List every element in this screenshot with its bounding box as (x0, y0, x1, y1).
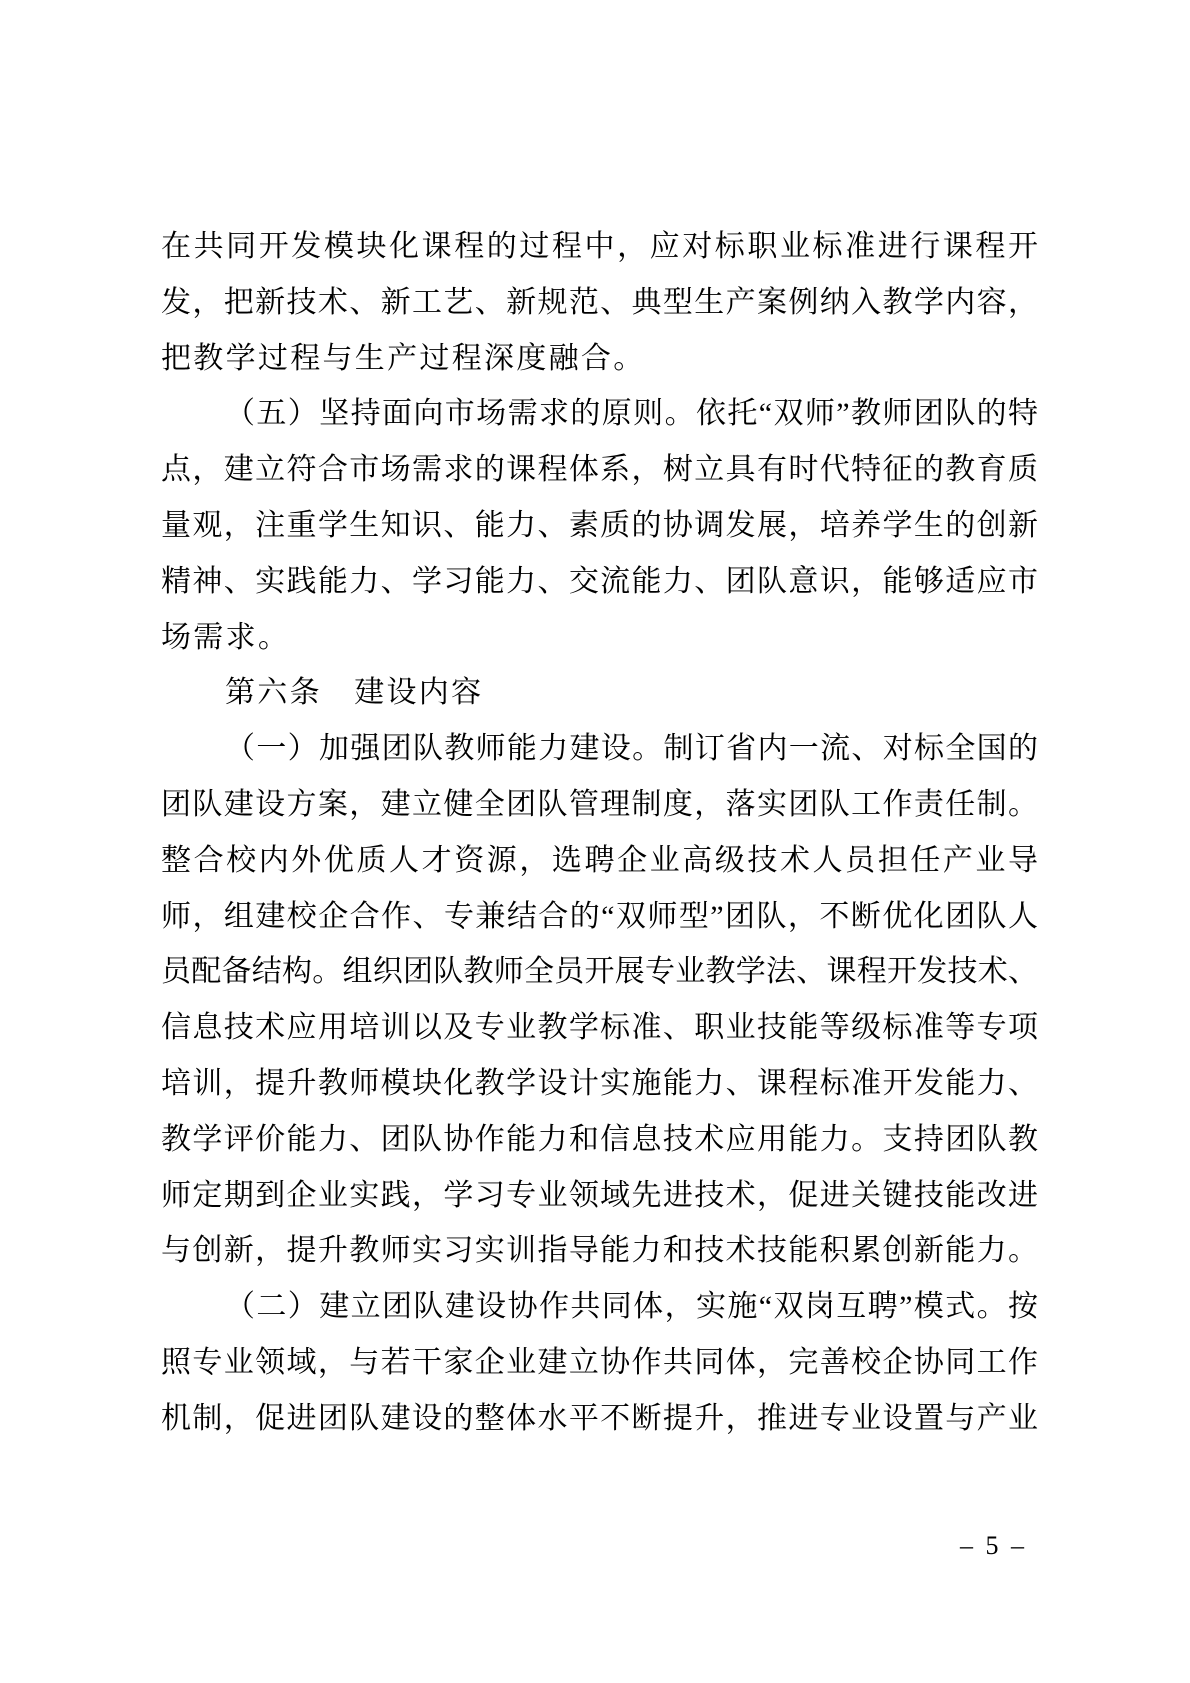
text-line-15: 信息技术应用培训以及专业教学标准、职业技能等级标准等专项 (161, 1000, 1038, 1056)
text-line-19: 与创新，提升教师实习实训指导能力和技术技能积累创新能力。 (161, 1223, 1038, 1279)
text-line-5: 点，建立符合市场需求的课程体系，树立具有时代特征的教育质 (161, 442, 1038, 498)
text-line-1: 在共同开发模块化课程的过程中，应对标职业标准进行课程开 (161, 219, 1038, 275)
text-line-10: （一）加强团队教师能力建设。制订省内一流、对标全国的 (161, 721, 1038, 777)
text-line-13: 师，组建校企合作、专兼结合的“双师型”团队，不断优化团队人 (161, 889, 1038, 945)
document-text: 在共同开发模块化课程的过程中，应对标职业标准进行课程开发，把新技术、新工艺、新规… (161, 219, 1038, 1447)
text-line-3: 把教学过程与生产过程深度融合。 (161, 331, 1038, 387)
text-line-17: 教学评价能力、团队协作能力和信息技术应用能力。支持团队教 (161, 1112, 1038, 1168)
text-line-18: 师定期到企业实践，学习专业领域先进技术，促进关键技能改进 (161, 1168, 1038, 1224)
text-line-7: 精神、实践能力、学习能力、交流能力、团队意识，能够适应市 (161, 554, 1038, 610)
text-line-8: 场需求。 (161, 610, 1038, 666)
page-number: – 5 – (960, 1531, 1060, 1561)
text-line-14: 员配备结构。组织团队教师全员开展专业教学法、课程开发技术、 (161, 944, 1038, 1000)
text-line-9: 第六条 建设内容 (161, 665, 1038, 721)
text-line-6: 量观，注重学生知识、能力、素质的协调发展，培养学生的创新 (161, 498, 1038, 554)
text-line-11: 团队建设方案，建立健全团队管理制度，落实团队工作责任制。 (161, 777, 1038, 833)
text-line-4: （五）坚持面向市场需求的原则。依托“双师”教师团队的特 (161, 386, 1038, 442)
text-line-21: 照专业领域，与若干家企业建立协作共同体，完善校企协同工作 (161, 1335, 1038, 1391)
text-line-16: 培训，提升教师模块化教学设计实施能力、课程标准开发能力、 (161, 1056, 1038, 1112)
text-line-2: 发，把新技术、新工艺、新规范、典型生产案例纳入教学内容， (161, 275, 1038, 331)
text-line-22: 机制，促进团队建设的整体水平不断提升，推进专业设置与产业 (161, 1391, 1038, 1447)
text-line-20: （二）建立团队建设协作共同体，实施“双岗互聘”模式。按 (161, 1279, 1038, 1335)
page: 在共同开发模块化课程的过程中，应对标职业标准进行课程开发，把新技术、新工艺、新规… (0, 0, 1190, 1683)
text-line-12: 整合校内外优质人才资源，选聘企业高级技术人员担任产业导 (161, 833, 1038, 889)
